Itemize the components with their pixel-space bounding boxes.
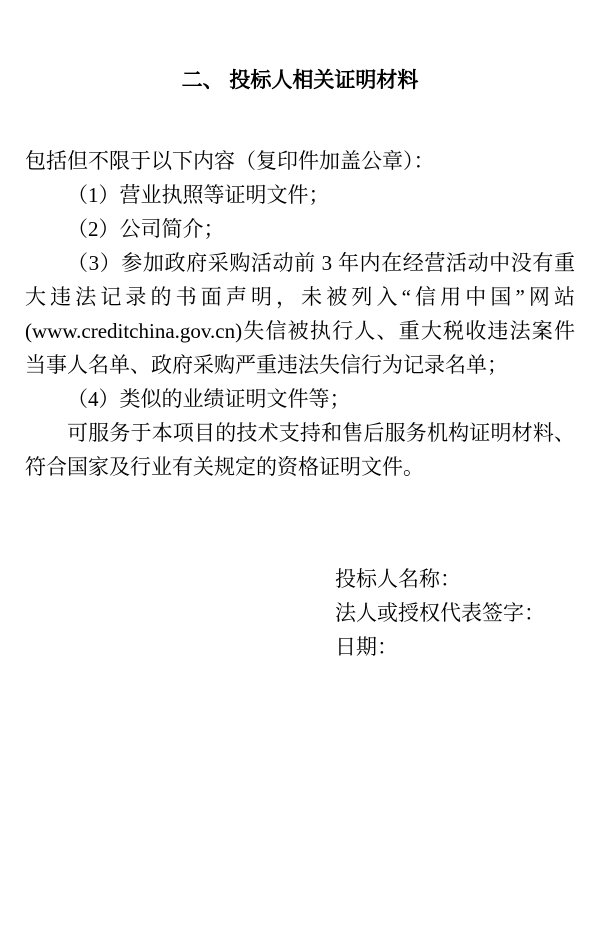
list-item-company-profile: （2）公司简介； bbox=[25, 212, 575, 246]
bidder-name-label: 投标人名称： bbox=[335, 562, 575, 596]
representative-signature-label: 法人或授权代表签字： bbox=[335, 596, 575, 630]
signature-block: 投标人名称： 法人或授权代表签字： 日期： bbox=[335, 562, 575, 664]
intro-paragraph: 包括但不限于以下内容（复印件加盖公章）： bbox=[25, 144, 575, 178]
date-label: 日期： bbox=[335, 630, 575, 664]
list-item-no-violation-declaration: （3）参加政府采购活动前 3 年内在经营活动中没有重大违法记录的书面声明，未被列… bbox=[25, 246, 575, 382]
document-title: 二、 投标人相关证明材料 bbox=[25, 64, 575, 98]
list-item-business-license: （1）营业执照等证明文件； bbox=[25, 178, 575, 212]
document-page: 二、 投标人相关证明材料 包括但不限于以下内容（复印件加盖公章）： （1）营业执… bbox=[0, 0, 600, 938]
closing-paragraph: 可服务于本项目的技术支持和售后服务机构证明材料、符合国家及行业有关规定的资格证明… bbox=[25, 416, 575, 484]
list-item-performance-proof: （4）类似的业绩证明文件等； bbox=[25, 382, 575, 416]
